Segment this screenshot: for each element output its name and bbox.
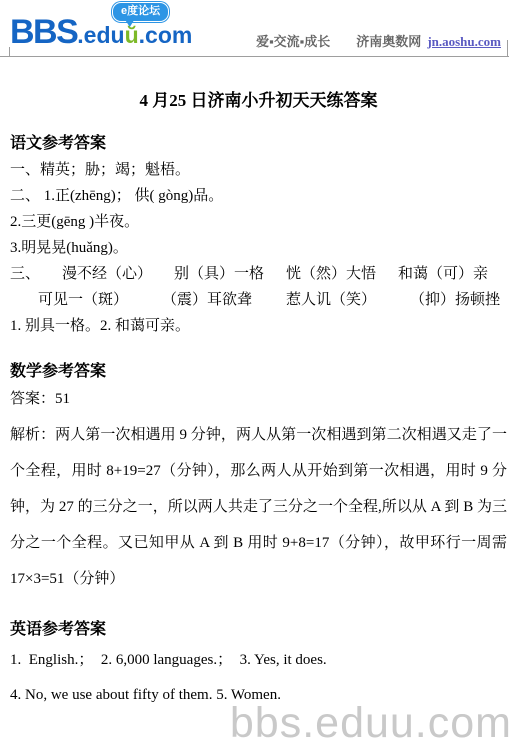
- chinese-answer-line-5: 1. 别具一格。2. 和蔼可亲。: [10, 313, 507, 339]
- forum-badge: e度论坛: [112, 2, 169, 22]
- rule-tick-left: [9, 47, 10, 57]
- logo-edu-text: .edu: [77, 22, 124, 48]
- idiom-row-1: 三、 漫不经（心） 别（具）一格 恍（然）大悟 和蔼（可）亲: [10, 261, 488, 287]
- idiom-item: 恍（然）大悟: [286, 261, 376, 287]
- math-section-heading: 数学参考答案: [10, 358, 507, 381]
- header-rule: [0, 56, 509, 57]
- site-logo[interactable]: BBS.eduŭ.com e度论坛: [10, 13, 192, 52]
- chinese-section-heading: 语文参考答案: [10, 130, 507, 153]
- page-title: 4 月25 日济南小升初天天练答案: [10, 86, 507, 111]
- math-analysis-paragraph: 解析：两人第一次相遇用 9 分钟，两人从第一次相遇到第二次相遇又走了一个全程，用…: [10, 417, 507, 597]
- rule-tick-right: [507, 40, 508, 57]
- logo-com-text: .com: [139, 22, 193, 48]
- idiom-row-prefix: 三、: [10, 261, 40, 287]
- page: BBS.eduŭ.com e度论坛 爱▪交流▪成长济南奥数网jn.aoshu.c…: [0, 0, 517, 746]
- idiom-item: 漫不经（心）: [62, 261, 152, 287]
- forum-badge-label: e度论坛: [121, 5, 160, 17]
- idiom-item: 和蔼（可）亲: [398, 261, 488, 287]
- english-answer-line-1: 1. English.； 2. 6,000 languages.； 3. Yes…: [10, 643, 507, 678]
- idiom-item: 可见一（斑）: [38, 287, 128, 313]
- site-header: BBS.eduŭ.com e度论坛 爱▪交流▪成长济南奥数网jn.aoshu.c…: [0, 0, 517, 57]
- site-link[interactable]: jn.aoshu.com: [427, 34, 501, 49]
- idiom-item: （抑）扬顿挫: [410, 287, 500, 313]
- chinese-answer-line-4: 3.明晃晃(huǎng)。: [10, 235, 507, 261]
- chinese-answer-line-3: 2.三更(gēng )半夜。: [10, 209, 507, 235]
- idiom-row-2: 可见一（斑） （震）耳欲聋 惹人讥（笑） （抑）扬顿挫: [10, 287, 500, 313]
- chinese-answer-line-1: 一、精英；胁；竭；魁梧。: [10, 157, 507, 183]
- watermark: bbs.eduu.com: [230, 699, 512, 746]
- site-name-label: 济南奥数网: [356, 34, 421, 49]
- header-tagline: 爱▪交流▪成长: [256, 34, 330, 49]
- idiom-item: 惹人讥（笑）: [286, 287, 376, 313]
- header-right: 爱▪交流▪成长济南奥数网jn.aoshu.com: [256, 31, 501, 50]
- idiom-item: 别（具）一格: [174, 261, 264, 287]
- document-body: 4 月25 日济南小升初天天练答案 语文参考答案 一、精英；胁；竭；魁梧。 二、…: [0, 86, 517, 713]
- english-section-heading: 英语参考答案: [10, 616, 507, 639]
- math-answer-line: 答案：51: [10, 386, 507, 412]
- chinese-answer-line-2: 二、 1.正(zhēng)； 供( gòng)品。: [10, 183, 507, 209]
- idiom-item: （震）耳欲聋: [162, 287, 252, 313]
- logo-bbs-text: BBS: [10, 13, 77, 51]
